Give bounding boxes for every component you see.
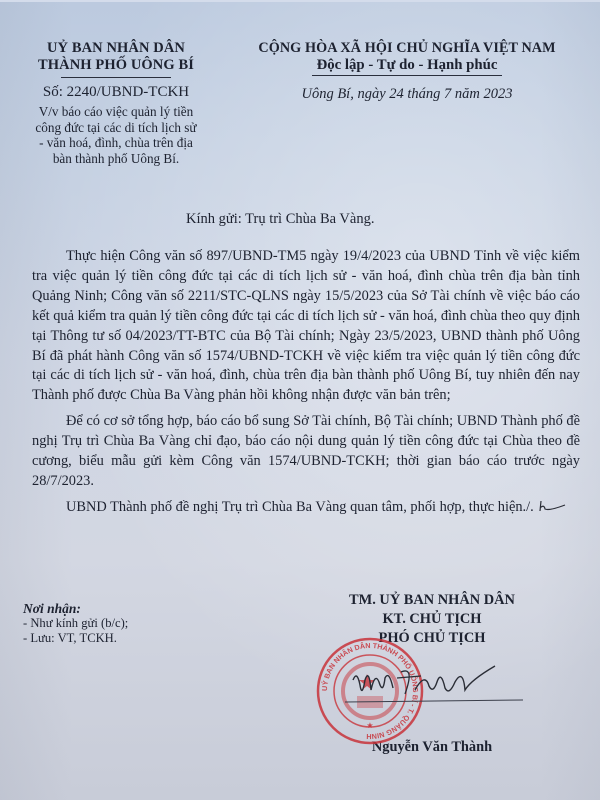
document-subject: V/v báo cáo việc quản lý tiền công đức t… bbox=[20, 104, 212, 166]
header-divider bbox=[61, 77, 171, 78]
body-paragraph: Để có cơ sở tổng hợp, báo cáo bổ sung Sở… bbox=[32, 412, 580, 492]
subject-line: công đức tại các di tích lịch sử bbox=[20, 120, 212, 136]
national-header: CỘNG HÒA XÃ HỘI CHỦ NGHĨA VIỆT NAM Độc l… bbox=[232, 40, 582, 103]
national-motto: Độc lập - Tự do - Hạnh phúc bbox=[232, 57, 582, 74]
subject-line: V/v báo cáo việc quản lý tiền bbox=[20, 104, 212, 120]
org-name-line1: UỶ BAN NHÂN DÂN bbox=[20, 40, 212, 57]
nation-title: CỘNG HÒA XÃ HỘI CHỦ NGHĨA VIỆT NAM bbox=[232, 40, 582, 57]
signature-title-line1: TM. UỶ BAN NHÂN DÂN bbox=[272, 591, 592, 610]
body-paragraph: UBND Thành phố đề nghị Trụ trì Chùa Ba V… bbox=[32, 498, 580, 518]
paper-edge bbox=[0, 0, 600, 2]
recipients-block: Nơi nhận: - Như kính gửi (b/c); - Lưu: V… bbox=[23, 601, 128, 646]
subject-line: bàn thành phố Uông Bí. bbox=[20, 151, 212, 167]
recipient-item: - Như kính gửi (b/c); bbox=[23, 616, 128, 631]
place-and-date: Uông Bí, ngày 24 tháng 7 năm 2023 bbox=[232, 85, 582, 103]
initial-mark-icon bbox=[537, 499, 567, 513]
issuing-authority-header: UỶ BAN NHÂN DÂN THÀNH PHỐ UÔNG BÍ Số: 22… bbox=[20, 40, 212, 166]
closing-text: UBND Thành phố đề nghị Trụ trì Chùa Ba V… bbox=[66, 499, 534, 515]
org-name-line2: THÀNH PHỐ UÔNG BÍ bbox=[20, 57, 212, 74]
body-paragraph: Thực hiện Công văn số 897/UBND-TM5 ngày … bbox=[32, 247, 580, 406]
recipient-item: - Lưu: VT, TCKH. bbox=[23, 631, 128, 646]
salutation: Kính gửi: Trụ trì Chùa Ba Vàng. bbox=[186, 211, 374, 228]
svg-text:★: ★ bbox=[366, 721, 373, 730]
motto-underline bbox=[312, 75, 502, 76]
handwritten-signature-icon bbox=[345, 660, 525, 710]
subject-line: - văn hoá, đình, chùa trên địa bbox=[20, 135, 212, 151]
signature-title-line2: KT. CHỦ TỊCH bbox=[272, 610, 592, 629]
document-number: Số: 2240/UBND-TCKH bbox=[20, 82, 212, 102]
letter-body: Thực hiện Công văn số 897/UBND-TM5 ngày … bbox=[32, 247, 580, 524]
recipients-title: Nơi nhận: bbox=[23, 601, 128, 616]
